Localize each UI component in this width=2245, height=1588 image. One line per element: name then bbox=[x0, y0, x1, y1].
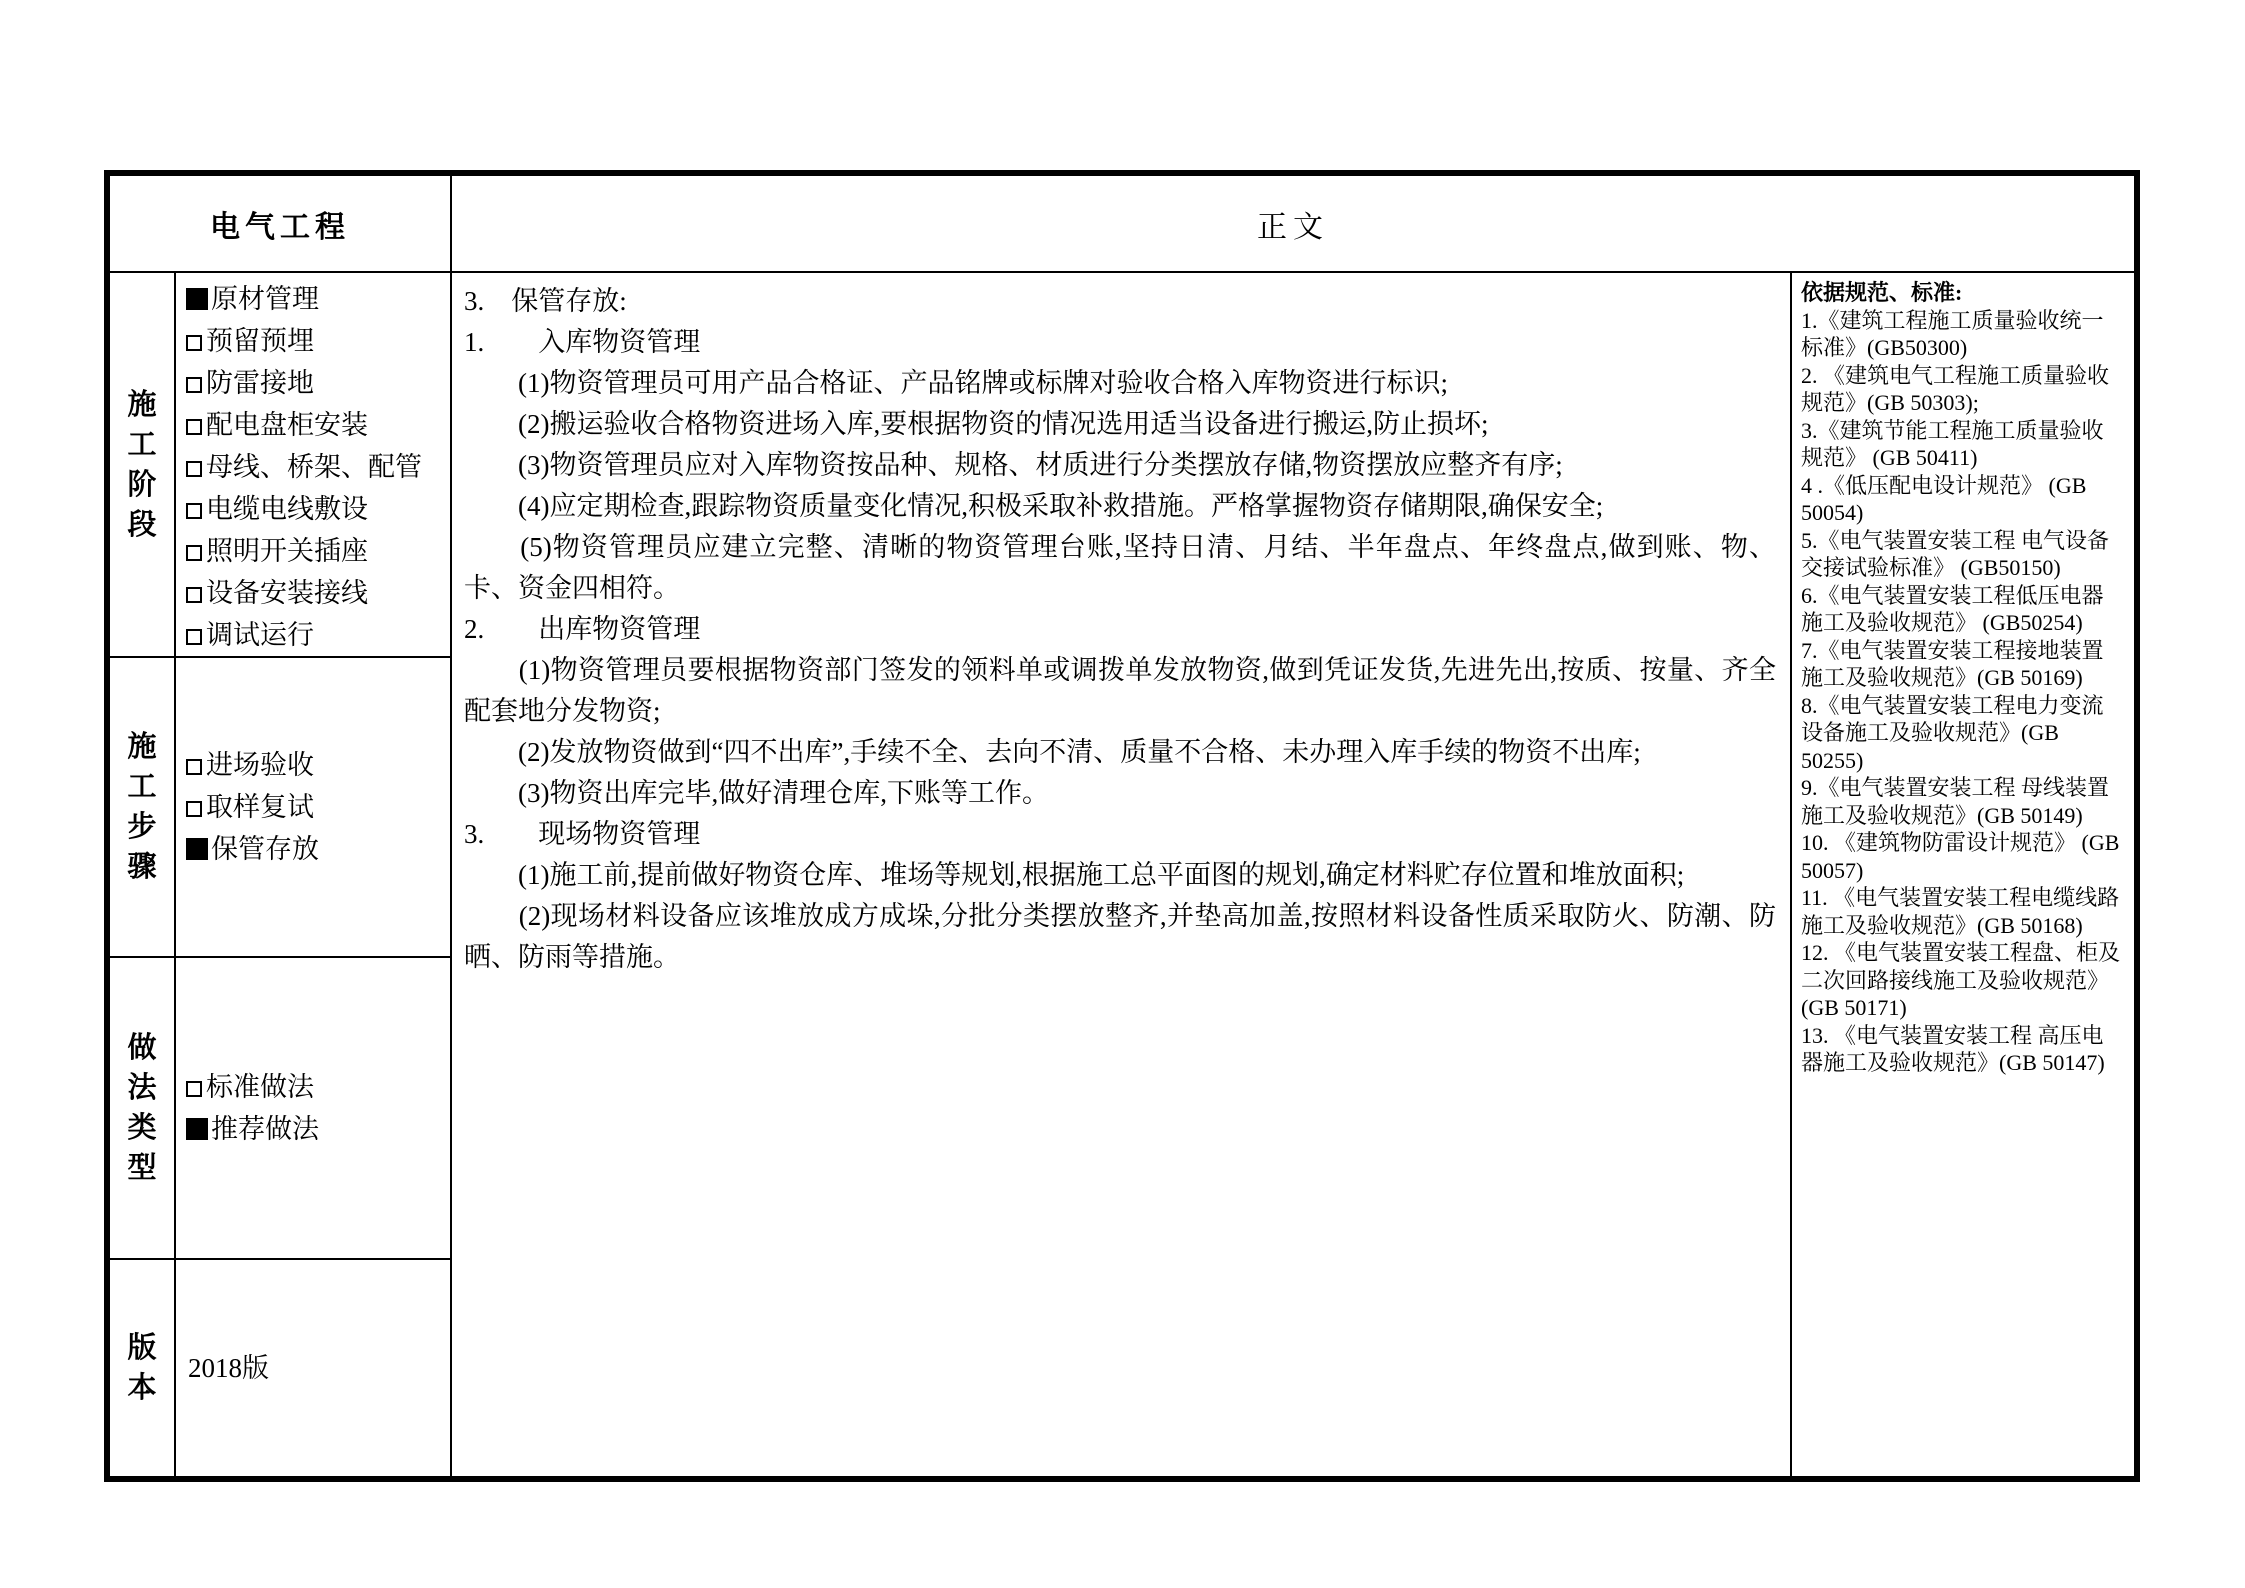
version-cell: 2018版 bbox=[176, 1260, 452, 1476]
reference-item: 5.《电气装置安装工程 电气设备交接试验标准》 (GB50150) bbox=[1801, 527, 2124, 582]
checklist-item: 母线、桥架、配管 bbox=[186, 446, 446, 488]
reference-item: 12. 《电气装置安装工程盘、柜及二次回路接线施工及验收规范》(GB 50171… bbox=[1801, 939, 2124, 1022]
checklist-item: 电缆电线敷设 bbox=[186, 488, 446, 530]
reference-item: 13. 《电气装置安装工程 高压电器施工及验收规范》(GB 50147) bbox=[1801, 1022, 2124, 1077]
body-paragraph: 3. 保管存放: bbox=[464, 281, 1776, 322]
checkbox-icon bbox=[186, 801, 202, 817]
reference-item: 2. 《建筑电气工程施工质量验收规范》(GB 50303); bbox=[1801, 362, 2124, 417]
reference-item: 6.《电气装置安装工程低压电器施工及验收规范》 (GB50254) bbox=[1801, 582, 2124, 637]
body-paragraph: (3)物资出库完毕,做好清理仓库,下账等工作。 bbox=[464, 773, 1776, 814]
checklist-construction-steps: 进场验收 取样复试 保管存放 bbox=[176, 658, 452, 958]
checkbox-icon bbox=[186, 545, 202, 561]
body-paragraph: (2)现场材料设备应该堆放成方成垛,分批分类摆放整齐,并垫高加盖,按照材料设备性… bbox=[464, 896, 1776, 978]
body-paragraph: 1. 入库物资管理 bbox=[464, 322, 1776, 363]
reference-item: 4 .《低压配电设计规范》 (GB 50054) bbox=[1801, 472, 2124, 527]
checklist-item-label: 预留预埋 bbox=[206, 326, 314, 356]
reference-item: 10. 《建筑物防雷设计规范》 (GB 50057) bbox=[1801, 829, 2124, 884]
references-title: 依据规范、标准: bbox=[1801, 279, 2124, 307]
body-paragraph: (1)物资管理员可用产品合格证、产品铭牌或标牌对验收合格入库物资进行标识; bbox=[464, 363, 1776, 404]
checklist-item: 保管存放 bbox=[186, 828, 446, 870]
header-body-title: 正文 bbox=[452, 176, 2134, 273]
row-label-method-type: 做法类型 bbox=[110, 958, 176, 1260]
checklist-item: 推荐做法 bbox=[186, 1108, 446, 1150]
checkbox-icon bbox=[186, 838, 208, 860]
checklist-item: 进场验收 bbox=[186, 744, 446, 786]
checklist-item: 调试运行 bbox=[186, 614, 446, 656]
body-paragraph: (3)物资管理员应对入库物资按品种、规格、材质进行分类摆放存储,物资摆放应整齐有… bbox=[464, 445, 1776, 486]
reference-item: 3.《建筑节能工程施工质量验收规范》 (GB 50411) bbox=[1801, 417, 2124, 472]
reference-item: 1.《建筑工程施工质量验收统一标准》(GB50300) bbox=[1801, 307, 2124, 362]
checklist-item-label: 电缆电线敷设 bbox=[206, 494, 368, 524]
checkbox-icon bbox=[186, 461, 202, 477]
checklist-item-label: 标准做法 bbox=[206, 1072, 314, 1102]
checkbox-icon bbox=[186, 1118, 208, 1140]
row-label-text: 做法类型 bbox=[127, 1028, 158, 1188]
body-paragraph: (2)搬运验收合格物资进场入库,要根据物资的情况选用适当设备进行搬运,防止损坏; bbox=[464, 404, 1776, 445]
row-label-text: 版本 bbox=[127, 1328, 158, 1408]
header-discipline-label: 电气工程 bbox=[210, 202, 350, 246]
checkbox-icon bbox=[186, 629, 202, 645]
checklist-item: 取样复试 bbox=[186, 786, 446, 828]
body-paragraph: 3. 现场物资管理 bbox=[464, 814, 1776, 855]
header-body-title-label: 正文 bbox=[1257, 202, 1329, 246]
reference-item: 8.《电气装置安装工程电力变流设备施工及验收规范》(GB 50255) bbox=[1801, 692, 2124, 775]
reference-item: 11. 《电气装置安装工程电缆线路施工及验收规范》(GB 50168) bbox=[1801, 884, 2124, 939]
checklist-item: 配电盘柜安装 bbox=[186, 404, 446, 446]
row-label-text: 施工阶段 bbox=[127, 385, 158, 545]
reference-item: 9.《电气装置安装工程 母线装置施工及验收规范》(GB 50149) bbox=[1801, 774, 2124, 829]
checklist-construction-stage: 原材管理 预留预埋 防雷接地 配电盘柜安装 母线、桥架、配管 电缆电线敷设 照明… bbox=[176, 273, 452, 658]
checklist-item: 原材管理 bbox=[186, 278, 446, 320]
row-label-construction-stage: 施工阶段 bbox=[110, 273, 176, 658]
checkbox-icon bbox=[186, 288, 208, 310]
row-label-version: 版本 bbox=[110, 1260, 176, 1476]
body-paragraph: (1)施工前,提前做好物资仓库、堆场等规划,根据施工总平面图的规划,确定材料贮存… bbox=[464, 855, 1776, 896]
checkbox-icon bbox=[186, 1081, 202, 1097]
references-cell: 依据规范、标准: 1.《建筑工程施工质量验收统一标准》(GB50300) 2. … bbox=[1792, 273, 2134, 1476]
checkbox-icon bbox=[186, 503, 202, 519]
body-paragraph: (5)物资管理员应建立完整、清晰的物资管理台账,坚持日清、月结、半年盘点、年终盘… bbox=[464, 527, 1776, 609]
checklist-item-label: 原材管理 bbox=[211, 284, 319, 314]
checklist-item: 照明开关插座 bbox=[186, 530, 446, 572]
version-value: 2018版 bbox=[188, 1347, 269, 1389]
checklist-item-label: 推荐做法 bbox=[211, 1114, 319, 1144]
checklist-item: 防雷接地 bbox=[186, 362, 446, 404]
checklist-method-type: 标准做法 推荐做法 bbox=[176, 958, 452, 1260]
checklist-item: 预留预埋 bbox=[186, 320, 446, 362]
checklist-item-label: 进场验收 bbox=[206, 750, 314, 780]
row-label-construction-steps: 施工步骤 bbox=[110, 658, 176, 958]
body-text-cell: 3. 保管存放: 1. 入库物资管理 (1)物资管理员可用产品合格证、产品铭牌或… bbox=[452, 273, 1792, 1476]
checklist-item-label: 母线、桥架、配管 bbox=[206, 452, 422, 482]
body-paragraph: (1)物资管理员要根据物资部门签发的领料单或调拨单发放物资,做到凭证发货,先进先… bbox=[464, 650, 1776, 732]
checkbox-icon bbox=[186, 419, 202, 435]
checklist-item-label: 照明开关插座 bbox=[206, 536, 368, 566]
checkbox-icon bbox=[186, 335, 202, 351]
checklist-item: 设备安装接线 bbox=[186, 572, 446, 614]
spec-table: 电气工程 正文 施工阶段 原材管理 预留预埋 防雷接地 配电盘柜安装 母线、桥架… bbox=[104, 170, 2140, 1482]
checkbox-icon bbox=[186, 587, 202, 603]
reference-item: 7.《电气装置安装工程接地装置施工及验收规范》(GB 50169) bbox=[1801, 637, 2124, 692]
checkbox-icon bbox=[186, 377, 202, 393]
checklist-item-label: 防雷接地 bbox=[206, 368, 314, 398]
checklist-item-label: 设备安装接线 bbox=[206, 578, 368, 608]
header-discipline: 电气工程 bbox=[110, 176, 452, 273]
body-paragraph: (2)发放物资做到“四不出库”,手续不全、去向不清、质量不合格、未办理入库手续的… bbox=[464, 732, 1776, 773]
body-paragraph: (4)应定期检查,跟踪物资质量变化情况,积极采取补救措施。严格掌握物资存储期限,… bbox=[464, 486, 1776, 527]
checklist-item-label: 保管存放 bbox=[211, 834, 319, 864]
checklist-item-label: 调试运行 bbox=[206, 620, 314, 650]
row-label-text: 施工步骤 bbox=[127, 727, 158, 887]
checklist-item-label: 配电盘柜安装 bbox=[206, 410, 368, 440]
checklist-item: 标准做法 bbox=[186, 1066, 446, 1108]
checklist-item-label: 取样复试 bbox=[206, 792, 314, 822]
checkbox-icon bbox=[186, 759, 202, 775]
body-paragraph: 2. 出库物资管理 bbox=[464, 609, 1776, 650]
